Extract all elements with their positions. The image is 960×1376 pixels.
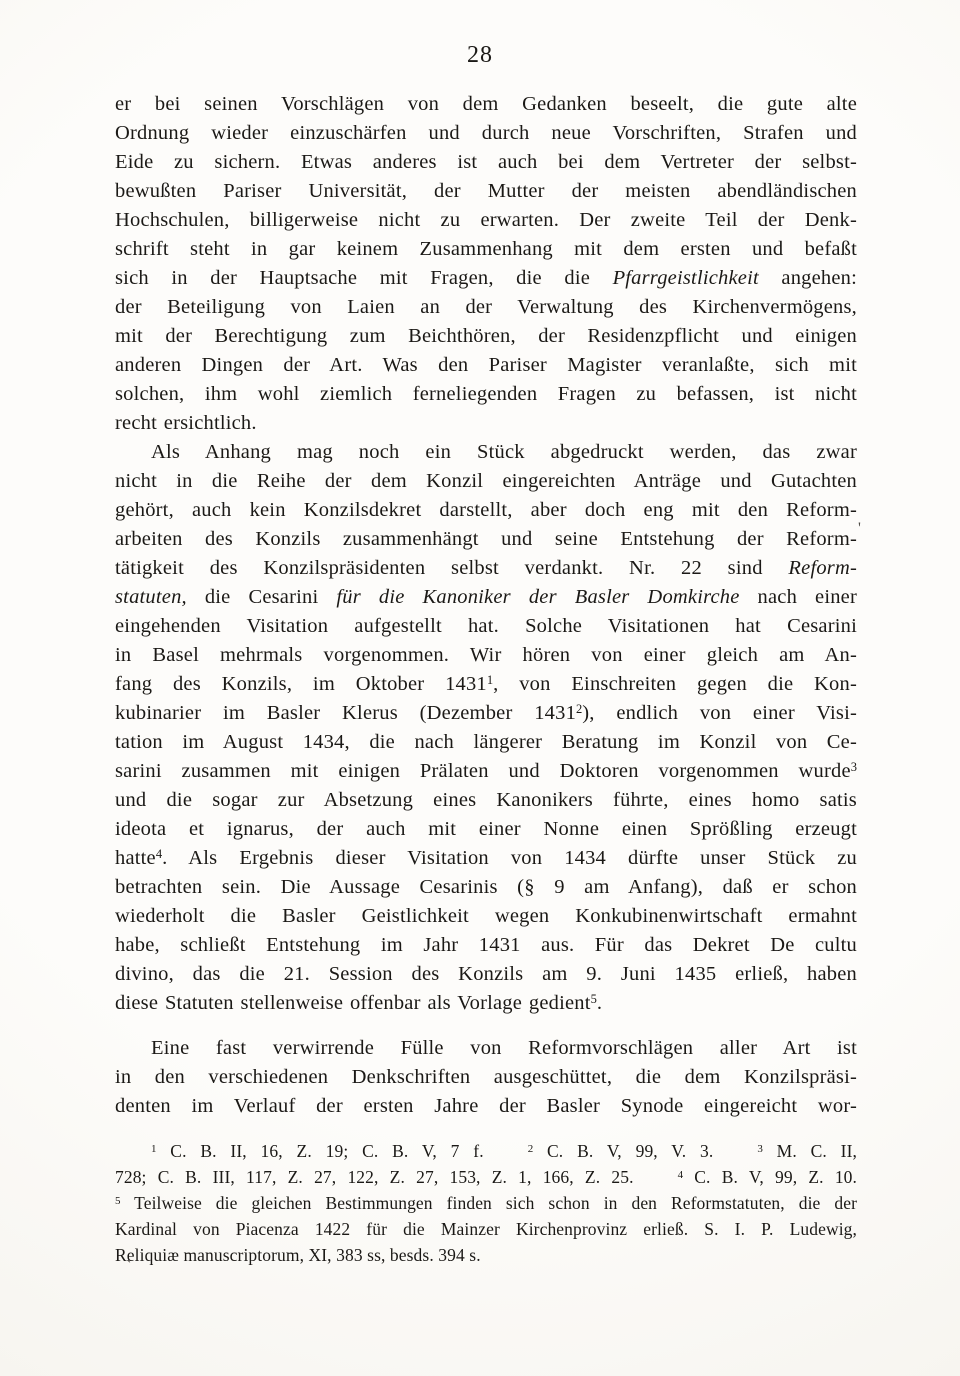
text-segment: Eine fast verwirrende Fülle von Reformvo… [151,1037,857,1059]
text-line: tätigkeit des Konzilspräsidenten selbst … [115,554,857,583]
text-segment: C. B. V, 99, Z. 10. [683,1167,857,1187]
text-line: Ordnung wieder einzuschärfen und durch n… [115,119,857,148]
body-text: er bei seinen Vorschlägen von dem Gedank… [115,90,857,1121]
text-segment: angehen: [759,267,857,289]
text-line: eingehenden Visitation aufgestellt hat. … [115,612,857,641]
text-line: wiederholt die Basler Geistlichkeit wege… [115,902,857,931]
text-segment: sarini zusammen mit einigen Prälaten und… [115,760,851,782]
text-segment: betrachten sein. Die Aussage Cesarinis (… [115,876,857,898]
text-segment: und die sogar zur Absetzung eines Kanoni… [115,789,857,811]
text-segment: eingehenden Visitation aufgestellt hat. … [115,615,857,637]
text-segment: er bei seinen Vorschlägen von dem Gedank… [115,93,857,115]
text-segment: divino, das die 21. Session des Konzils … [115,963,857,985]
text-segment: ), endlich von einer Visi- [582,702,857,724]
text-segment: C. B. V, 99, V. 3. [533,1141,713,1161]
scan-artifact: ` [126,1258,131,1276]
text-segment: mit der Berechtigung zum Beichthören, de… [115,325,857,347]
text-segment: in Basel mehrmals vorgenommen. Wir hören… [115,644,857,666]
scan-artifact: · [843,382,848,400]
text-line: recht ersichtlich. [115,409,857,438]
text-line: hatte4. Als Ergebnis dieser Visitation v… [115,844,857,873]
text-line: tation im August 1434, die nach längerer… [115,728,857,757]
text-segment: Als Anhang mag noch ein Stück abgedruckt… [151,441,857,463]
text-line: mit der Berechtigung zum Beichthören, de… [115,322,857,351]
text-segment: , von Einschreiten gegen die Kon- [493,673,857,695]
text-line: Eide zu sichern. Etwas anderes ist auch … [115,148,857,177]
text-segment: habe, schließt Entstehung im Jahr 1431 a… [115,934,857,956]
text-line: nicht in die Reihe der dem Konzil einger… [115,467,857,496]
text-line: 1 C. B. II, 16, Z. 19; C. B. V, 7 f.2 C.… [115,1138,857,1164]
text-segment: Eide zu sichern. Etwas anderes ist auch … [115,151,857,173]
text-line: Kardinal von Piacenza 1422 für die Mainz… [115,1216,857,1242]
text-segment: diese Statuten stellenweise offenbar als… [115,992,591,1014]
text-line: solchen, ihm wohl ziemlich ferneliegende… [115,380,857,409]
page-number: 28 [0,42,960,69]
text-line: anderen Dingen der Art. Was den Pariser … [115,351,857,380]
text-segment: kubinarier im Basler Klerus (Dezember 14… [115,702,576,724]
text-line: in Basel mehrmals vorgenommen. Wir hören… [115,641,857,670]
text-line: gehört, auch kein Konzilsdekret darstell… [115,496,857,525]
text-line: denten im Verlauf der ersten Jahre der B… [115,1092,857,1121]
text-segment: solchen, ihm wohl ziemlich ferneliegende… [115,383,857,405]
text-segment: schrift steht in gar keinem Zusammenhang… [115,238,857,260]
text-segment: Reliquiæ manuscriptorum, XI, 383 ss, bes… [115,1245,481,1265]
text-line: Eine fast verwirrende Fülle von Reformvo… [115,1034,857,1063]
text-line: statuten, die Cesarini für die Kanoniker… [115,583,857,612]
text-line: fang des Konzils, im Oktober 14311, von … [115,670,857,699]
text-line: ideota et ignarus, der auch mit einer No… [115,815,857,844]
text-line: und die sogar zur Absetzung eines Kanoni… [115,786,857,815]
text-segment: ideota et ignarus, der auch mit einer No… [115,818,857,840]
footnotes: 1 C. B. II, 16, Z. 19; C. B. V, 7 f.2 C.… [115,1138,857,1268]
text-line: sarini zusammen mit einigen Prälaten und… [115,757,857,786]
text-segment: wiederholt die Basler Geistlichkeit wege… [115,905,857,927]
text-segment: nach einer [740,586,857,608]
text-line: arbeiten des Konzils zusammenhängt und s… [115,525,857,554]
text-line: Als Anhang mag noch ein Stück abgedruckt… [115,438,857,467]
text-line: Reliquiæ manuscriptorum, XI, 383 ss, bes… [115,1242,857,1268]
paragraph: Eine fast verwirrende Fülle von Reformvo… [115,1034,857,1121]
text-segment: Ordnung wieder einzuschärfen und durch n… [115,122,857,144]
text-segment: der Beteiligung von Laien an der Verwalt… [115,296,857,318]
text-segment: fang des Konzils, im Oktober 1431 [115,673,487,695]
italic-text-segment: statuten, [115,586,187,608]
text-segment: C. B. II, 16, Z. 19; C. B. V, 7 f. [157,1141,484,1161]
italic-text-segment: Pfarrgeistlichkeit [613,267,759,289]
text-line: diese Statuten stellenweise offenbar als… [115,989,857,1018]
italic-text-segment: für die Kanoniker der Basler Domkirche [336,586,739,608]
text-segment: anderen Dingen der Art. Was den Pariser … [115,354,857,376]
text-segment: hatte [115,847,156,869]
scan-artifact: ' [858,520,861,538]
text-line: in den verschiedenen Denkschriften ausge… [115,1063,857,1092]
text-segment: arbeiten des Konzils zusammenhängt und s… [115,528,857,550]
text-segment: M. C. II, [763,1141,857,1161]
text-line: bewußten Pariser Universität, der Mutter… [115,177,857,206]
text-line: habe, schließt Entstehung im Jahr 1431 a… [115,931,857,960]
text-segment: Hochschulen, billigerweise nicht zu erwa… [115,209,857,231]
text-segment: bewußten Pariser Universität, der Mutter… [115,180,857,202]
paragraph: er bei seinen Vorschlägen von dem Gedank… [115,90,857,438]
text-segment: gehört, auch kein Konzilsdekret darstell… [115,499,857,521]
italic-text-segment: Reform- [788,557,857,579]
text-segment: recht ersichtlich. [115,412,257,434]
text-line: 5 Teilweise die gleichen Bestimmungen fi… [115,1190,857,1216]
text-segment: Kardinal von Piacenza 1422 für die Mainz… [115,1219,857,1239]
text-segment: tätigkeit des Konzilspräsidenten selbst … [115,557,788,579]
text-segment: sich in der Hauptsache mit Fragen, die d… [115,267,613,289]
text-line: sich in der Hauptsache mit Fragen, die d… [115,264,857,293]
text-segment: . Als Ergebnis dieser Visitation von 143… [162,847,857,869]
text-segment: denten im Verlauf der ersten Jahre der B… [115,1095,857,1117]
text-line: er bei seinen Vorschlägen von dem Gedank… [115,90,857,119]
text-segment: . [597,992,602,1014]
book-page: 28 er bei seinen Vorschlägen von dem Ged… [0,0,960,1376]
text-segment: Teilweise die gleichen Bestimmungen find… [121,1193,858,1213]
text-line: divino, das die 21. Session des Konzils … [115,960,857,989]
footnote-ref: 3 [851,760,857,774]
text-segment: nicht in die Reihe der dem Konzil einger… [115,470,857,492]
text-line: kubinarier im Basler Klerus (Dezember 14… [115,699,857,728]
text-line: der Beteiligung von Laien an der Verwalt… [115,293,857,322]
text-line: 728; C. B. III, 117, Z. 27, 122, Z. 27, … [115,1164,857,1190]
paragraph: Als Anhang mag noch ein Stück abgedruckt… [115,438,857,1018]
text-segment: tation im August 1434, die nach längerer… [115,731,857,753]
text-segment: die Cesarini [187,586,337,608]
text-segment: in den verschiedenen Denkschriften ausge… [115,1066,857,1088]
text-line: Hochschulen, billigerweise nicht zu erwa… [115,206,857,235]
text-line: schrift steht in gar keinem Zusammenhang… [115,235,857,264]
text-segment: 728; C. B. III, 117, Z. 27, 122, Z. 27, … [115,1167,634,1187]
text-line: betrachten sein. Die Aussage Cesarinis (… [115,873,857,902]
